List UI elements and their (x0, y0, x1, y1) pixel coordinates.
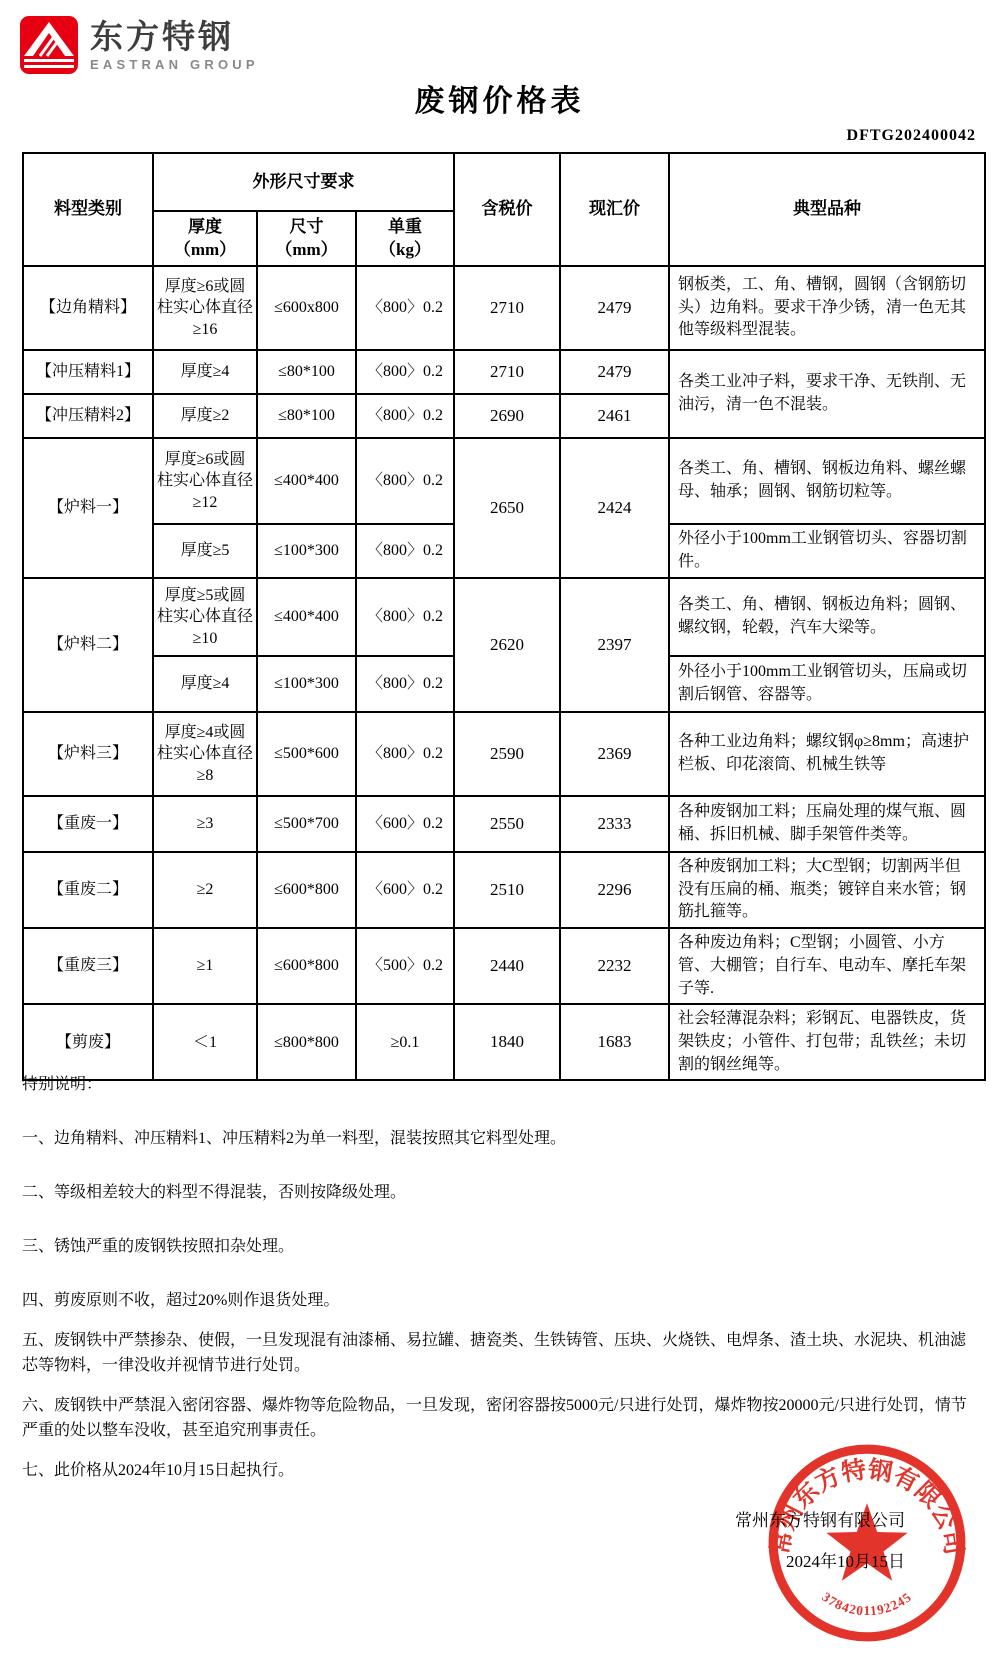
table-cell: 各种工业边角料；螺纹钢φ≥8mm；高速护栏板、印花滚筒、机械生铁等 (669, 712, 985, 796)
notes-section: 特别说明： 一、边角精料、冲压精料1、冲压精料2为单一料型，混装按照其它料型处理… (22, 1072, 980, 1483)
table-cell: 【剪废】 (23, 1004, 153, 1080)
price-table-body: 【边角精料】厚度≥6或圆柱实心体直径≥16≤600x800〈800〉0.2271… (23, 266, 985, 1080)
table-cell: 社会轻薄混杂料；彩钢瓦、电器铁皮，货架铁皮；小管件、打包带；乱铁丝；未切割的钢丝… (669, 1004, 985, 1080)
table-cell: 厚度≥4 (153, 656, 257, 712)
table-cell: ≤400*400 (257, 438, 356, 524)
footer-date: 2024年10月15日 (735, 1551, 905, 1573)
table-cell: ≤80*100 (257, 350, 356, 394)
header-cell: 单重 （kg） (356, 211, 454, 266)
note-item: 一、边角精料、冲压精料1、冲压精料2为单一料型，混装按照其它料型处理。 (22, 1126, 980, 1151)
table-cell: 〈800〉0.2 (356, 266, 454, 350)
note-item: 四、剪废原则不收，超过20%则作退货处理。 (22, 1288, 980, 1313)
header-cell: 含税价 (454, 153, 560, 266)
table-cell: 【重废一】 (23, 796, 153, 852)
table-cell: 2710 (454, 266, 560, 350)
table-cell: 各类工业冲子料，要求干净、无铁削、无油污，清一色不混装。 (669, 350, 985, 438)
table-cell: 【重废三】 (23, 928, 153, 1004)
header-cell: 厚度 （mm） (153, 211, 257, 266)
header-cell: 典型品种 (669, 153, 985, 266)
table-cell: 2424 (560, 438, 669, 578)
table-cell: 2333 (560, 796, 669, 852)
table-cell: 【冲压精料1】 (23, 350, 153, 394)
table-cell: 厚度≥6或圆柱实心体直径≥16 (153, 266, 257, 350)
table-cell: 各种废边角料；C型钢；小圆管、小方管、大棚管；自行车、电动车、摩托车架子等. (669, 928, 985, 1004)
table-cell: ≤800*800 (257, 1004, 356, 1080)
table-cell: 各种废钢加工料；压扁处理的煤气瓶、圆桶、拆旧机械、脚手架管件类等。 (669, 796, 985, 852)
svg-text:3784201192245: 3784201192245 (819, 1589, 914, 1618)
note-item: 六、废钢铁中严禁混入密闭容器、爆炸物等危险物品，一旦发现，密闭容器按5000元/… (22, 1393, 980, 1443)
table-cell: 外径小于100mm工业钢管切头，压扁或切割后钢管、容器等。 (669, 656, 985, 712)
table-cell: 2650 (454, 438, 560, 578)
table-cell: ≥2 (153, 852, 257, 928)
note-item: 三、锈蚀严重的废钢铁按照扣杂处理。 (22, 1234, 980, 1259)
note-item: 五、废钢铁中严禁掺杂、使假，一旦发现混有油漆桶、易拉罐、搪瓷类、生铁铸管、压块、… (22, 1328, 980, 1378)
table-cell: ≥3 (153, 796, 257, 852)
header-cell: 现汇价 (560, 153, 669, 266)
table-cell: 〈600〉0.2 (356, 796, 454, 852)
table-cell: 厚度≥5或圆柱实心体直径≥10 (153, 578, 257, 656)
table-cell: 厚度≥2 (153, 394, 257, 438)
table-cell: 【冲压精料2】 (23, 394, 153, 438)
table-cell: 2510 (454, 852, 560, 928)
table-cell: 〈800〉0.2 (356, 524, 454, 578)
table-cell: 2690 (454, 394, 560, 438)
table-cell: 〈600〉0.2 (356, 852, 454, 928)
table-cell: 各种废钢加工料；大C型钢；切割两半但没有压扁的桶、瓶类；镀锌自来水管；钢筋扎箍等… (669, 852, 985, 928)
table-cell: ≤400*400 (257, 578, 356, 656)
table-cell: ≤600*800 (257, 928, 356, 1004)
notes-list: 一、边角精料、冲压精料1、冲压精料2为单一料型，混装按照其它料型处理。二、等级相… (22, 1126, 980, 1483)
document-page: 东方特钢 EASTRAN GROUP 废钢价格表 DFTG202400042 料… (0, 0, 999, 1664)
table-cell: 【炉料一】 (23, 438, 153, 578)
table-cell: 【炉料二】 (23, 578, 153, 712)
table-cell: 2397 (560, 578, 669, 712)
price-table: 料型类别外形尺寸要求含税价现汇价典型品种厚度 （mm）尺寸 （mm）单重 （kg… (22, 152, 986, 1081)
table-cell: 2710 (454, 350, 560, 394)
table-cell: 2369 (560, 712, 669, 796)
table-cell: 〈800〉0.2 (356, 578, 454, 656)
page-title: 废钢价格表 (0, 76, 999, 120)
table-cell: 厚度≥6或圆柱实心体直径≥12 (153, 438, 257, 524)
notes-heading: 特别说明： (22, 1072, 980, 1097)
table-cell: 1683 (560, 1004, 669, 1080)
table-cell: ≤500*700 (257, 796, 356, 852)
table-cell: ≤80*100 (257, 394, 356, 438)
table-cell: 厚度≥5 (153, 524, 257, 578)
table-cell: 2461 (560, 394, 669, 438)
table-cell: ≥1 (153, 928, 257, 1004)
table-cell: 〈800〉0.2 (356, 394, 454, 438)
table-cell: 厚度≥4 (153, 350, 257, 394)
signature-block: 常州东方特钢有限公司 2024年10月15日 (735, 1510, 905, 1573)
doc-number: DFTG202400042 (847, 127, 976, 145)
table-cell: 1840 (454, 1004, 560, 1080)
table-cell: ≤500*600 (257, 712, 356, 796)
logo-mountain-icon (20, 16, 78, 74)
table-cell: 〈500〉0.2 (356, 928, 454, 1004)
table-cell: ≤600*800 (257, 852, 356, 928)
table-cell: 【炉料三】 (23, 712, 153, 796)
note-item: 二、等级相差较大的料型不得混装，否则按降级处理。 (22, 1180, 980, 1205)
table-cell: 〈800〉0.2 (356, 712, 454, 796)
table-cell: ≤600x800 (257, 266, 356, 350)
table-cell: ≤100*300 (257, 524, 356, 578)
table-cell: 〈800〉0.2 (356, 350, 454, 394)
header-cell: 料型类别 (23, 153, 153, 266)
table-cell: 〈800〉0.2 (356, 438, 454, 524)
price-table-head: 料型类别外形尺寸要求含税价现汇价典型品种厚度 （mm）尺寸 （mm）单重 （kg… (23, 153, 985, 266)
table-cell: ＜1 (153, 1004, 257, 1080)
company-logo: 东方特钢 EASTRAN GROUP (20, 16, 259, 74)
header-cell: 尺寸 （mm） (257, 211, 356, 266)
table-cell: 2296 (560, 852, 669, 928)
table-cell: ≥0.1 (356, 1004, 454, 1080)
brand-text: 东方特钢 EASTRAN GROUP (90, 16, 259, 72)
table-cell: 厚度≥4或圆柱实心体直径≥8 (153, 712, 257, 796)
table-cell: 各类工、角、槽钢、钢板边角料；圆钢、螺纹钢，轮毂，汽车大梁等。 (669, 578, 985, 656)
table-cell: 2479 (560, 266, 669, 350)
table-cell: 2550 (454, 796, 560, 852)
header-cell: 外形尺寸要求 (153, 153, 454, 211)
brand-subtitle: EASTRAN GROUP (90, 57, 259, 72)
table-cell: 2590 (454, 712, 560, 796)
table-cell: 各类工、角、槽钢、钢板边角料、螺丝螺母、轴承；圆钢、钢筋切粒等。 (669, 438, 985, 524)
table-cell: ≤100*300 (257, 656, 356, 712)
stamp-number: 3784201192245 (819, 1589, 914, 1618)
brand-name: 东方特钢 (90, 20, 259, 54)
table-cell: 2620 (454, 578, 560, 712)
table-cell: 〈800〉0.2 (356, 656, 454, 712)
footer-company: 常州东方特钢有限公司 (735, 1510, 905, 1532)
table-cell: 2232 (560, 928, 669, 1004)
table-cell: 钢板类，工、角、槽钢，圆钢（含钢筋切头）边角料。要求干净少锈，清一色无其他等级料… (669, 266, 985, 350)
table-cell: 【重废二】 (23, 852, 153, 928)
table-cell: 2440 (454, 928, 560, 1004)
table-cell: 外径小于100mm工业钢管切头、容器切割件。 (669, 524, 985, 578)
table-cell: 2479 (560, 350, 669, 394)
table-cell: 【边角精料】 (23, 266, 153, 350)
